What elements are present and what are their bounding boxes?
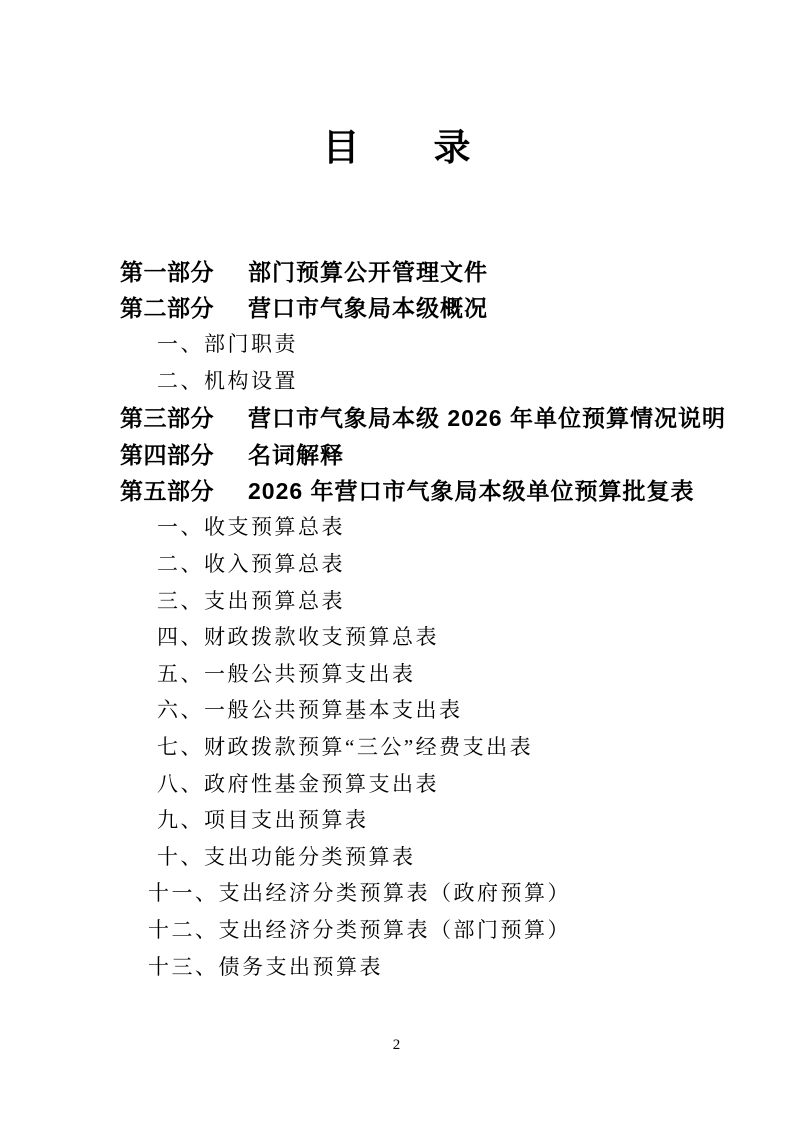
toc-part-title: 2026 年营口市气象局本级单位预算批复表 <box>248 473 695 506</box>
toc-item-text: 五、一般公共预算支出表 <box>157 658 416 688</box>
toc-part-label: 第五部分 <box>120 473 248 506</box>
toc-item-entry: 四、财政拨款收支预算总表 <box>120 618 757 655</box>
toc-item-entry: 二、收入预算总表 <box>120 545 757 582</box>
toc-item-text: 十一、支出经济分类预算表（政府预算） <box>148 877 571 907</box>
toc-item-text: 九、项目支出预算表 <box>157 804 369 834</box>
toc-part-label: 第三部分 <box>120 400 248 433</box>
toc-part-title: 名词解释 <box>248 437 344 470</box>
toc-part-entry: 第五部分2026 年营口市气象局本级单位预算批复表 <box>120 472 757 509</box>
toc-item-entry: 十三、债务支出预算表 <box>120 947 757 984</box>
toc-item-entry: 二、机构设置 <box>120 362 757 399</box>
toc-item-text: 一、收支预算总表 <box>157 511 345 541</box>
document-page: 目 录 第一部分部门预算公开管理文件第二部分营口市气象局本级概况一、部门职责二、… <box>0 0 793 1122</box>
toc-item-entry: 三、支出预算总表 <box>120 581 757 618</box>
toc-item-entry: 五、一般公共预算支出表 <box>120 655 757 692</box>
toc-item-entry: 十一、支出经济分类预算表（政府预算） <box>120 874 757 911</box>
toc-part-label: 第一部分 <box>120 254 248 287</box>
toc-part-entry: 第四部分名词解释 <box>120 435 757 472</box>
toc-item-text: 八、政府性基金预算支出表 <box>157 768 439 798</box>
toc-item-entry: 八、政府性基金预算支出表 <box>120 764 757 801</box>
toc-item-entry: 十二、支出经济分类预算表（部门预算） <box>120 911 757 948</box>
toc-item-entry: 一、部门职责 <box>120 325 757 362</box>
page-number: 2 <box>0 1037 793 1054</box>
toc-part-label: 第二部分 <box>120 290 248 323</box>
toc-part-entry: 第二部分营口市气象局本级概况 <box>120 289 757 326</box>
toc-item-text: 二、收入预算总表 <box>157 548 345 578</box>
toc-item-text: 十、支出功能分类预算表 <box>157 841 416 871</box>
toc-part-title: 部门预算公开管理文件 <box>248 254 488 287</box>
toc-item-entry: 六、一般公共预算基本支出表 <box>120 691 757 728</box>
toc-item-text: 六、一般公共预算基本支出表 <box>157 694 463 724</box>
toc-item-entry: 九、项目支出预算表 <box>120 801 757 838</box>
toc-item-text: 二、机构设置 <box>157 365 298 395</box>
toc-item-text: 一、部门职责 <box>157 328 298 358</box>
toc-item-entry: 七、财政拨款预算“三公”经费支出表 <box>120 728 757 765</box>
toc-part-label: 第四部分 <box>120 437 248 470</box>
toc-item-text: 四、财政拨款收支预算总表 <box>157 621 439 651</box>
toc-item-text: 十二、支出经济分类预算表（部门预算） <box>148 914 571 944</box>
page-title: 目 录 <box>0 127 793 171</box>
toc-part-entry: 第三部分营口市气象局本级 2026 年单位预算情况说明 <box>120 398 757 435</box>
toc-part-entry: 第一部分部门预算公开管理文件 <box>120 252 757 289</box>
toc-item-entry: 一、收支预算总表 <box>120 508 757 545</box>
toc-item-text: 十三、债务支出预算表 <box>148 951 383 981</box>
toc-item-text: 七、财政拨款预算“三公”经费支出表 <box>157 731 533 761</box>
toc-part-title: 营口市气象局本级概况 <box>248 290 488 323</box>
toc-part-title: 营口市气象局本级 2026 年单位预算情况说明 <box>248 400 726 433</box>
toc-item-text: 三、支出预算总表 <box>157 585 345 615</box>
toc-item-entry: 十、支出功能分类预算表 <box>120 838 757 875</box>
toc-list: 第一部分部门预算公开管理文件第二部分营口市气象局本级概况一、部门职责二、机构设置… <box>120 252 757 984</box>
